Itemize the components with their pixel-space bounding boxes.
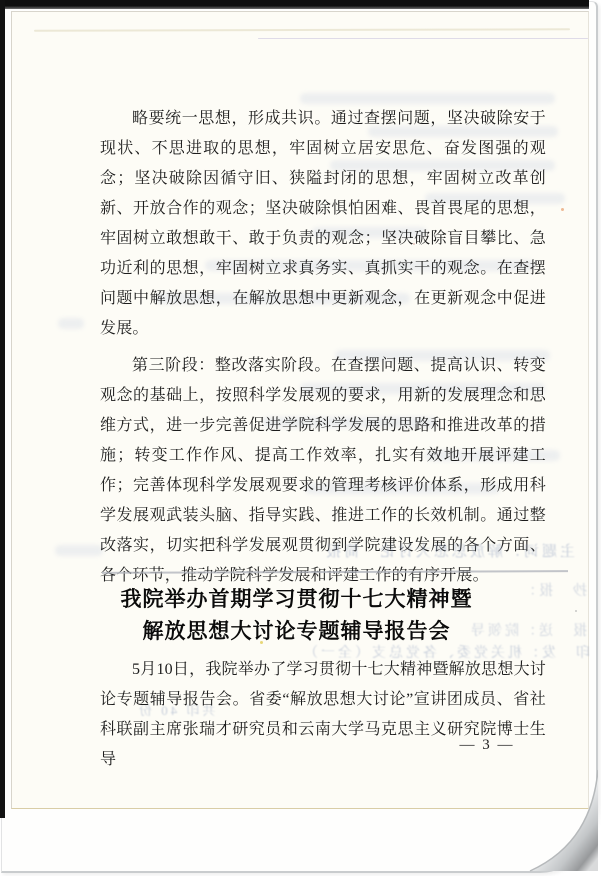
body-text-column-2: 5月10日，我院举办了学习贯彻十七大精神暨解放思想大讨论专题辅导报告会。省委“解… — [100, 655, 546, 775]
scanned-document: 略要统一思想，形成共识。通过查摆问题，坚决破除安于现状、不思进取的思想，牢固树立… — [0, 0, 593, 818]
section-heading: 我院举办首期学习贯彻十七大精神暨 解放思想大讨论专题辅导报告会 — [40, 584, 553, 648]
scanner-edge-band-top — [0, 0, 589, 9]
page-number: — 3 — — [437, 737, 537, 754]
bleedthrough-smudge — [55, 545, 103, 556]
scanner-edge-band-left — [0, 0, 5, 818]
bleedthrough-smudge — [300, 93, 555, 104]
bleedthrough-smudge — [58, 318, 84, 329]
bleedthrough-text-subject: 主题词：解放思想大讨论 简报 — [323, 540, 575, 561]
body-text-column: 略要统一思想，形成共识。通过查摆问题，坚决破除安于现状、不思进取的思想，牢固树立… — [100, 104, 546, 591]
scan-speck — [561, 208, 564, 211]
body-paragraph-1: 略要统一思想，形成共识。通过查摆问题，坚决破除安于现状、不思进取的思想，牢固树立… — [100, 104, 546, 344]
body-paragraph-3: 5月10日，我院举办了学习贯彻十七大精神暨解放思想大讨论专题辅导报告会。省委“解… — [100, 655, 546, 775]
scan-streak — [258, 38, 588, 39]
section-heading-line1: 我院举办首期学习贯彻十七大精神暨 — [40, 584, 553, 616]
scan-speck — [575, 610, 577, 612]
section-heading-line2: 解放思想大讨论专题辅导报告会 — [40, 616, 553, 648]
